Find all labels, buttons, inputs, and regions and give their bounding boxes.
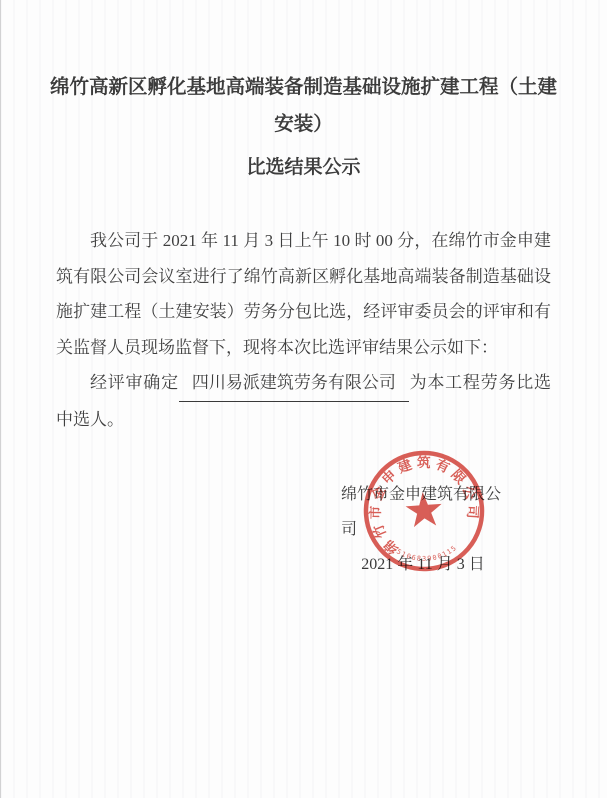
winner-company-name: 四川易派建筑劳务有限公司 [179, 365, 409, 402]
body-paragraph-announcement: 我公司于 2021 年 11 月 3 日上午 10 时 00 分，在绵竹市金申建… [56, 223, 551, 365]
signature-date: 2021 年 11 月 3 日 [341, 547, 513, 582]
signature-block: 绵竹市金申建筑有限公司 2021 年 11 月 3 日 [341, 477, 513, 582]
scanned-document-page: 绵竹高新区孵化基地高端装备制造基础设施扩建工程（土建安装） 比选结果公示 我公司… [0, 0, 607, 798]
body-paragraph-result: 经评审确定四川易派建筑劳务有限公司为本工程劳务比选中选人。 [56, 365, 551, 437]
signature-company-name: 绵竹市金申建筑有限公司 [341, 477, 513, 547]
document-title: 绵竹高新区孵化基地高端装备制造基础设施扩建工程（土建安装） [49, 69, 559, 143]
result-prefix-text: 经评审确定 [90, 373, 179, 392]
document-body: 我公司于 2021 年 11 月 3 日上午 10 时 00 分，在绵竹市金申建… [56, 223, 551, 437]
document-subtitle: 比选结果公示 [0, 154, 607, 182]
